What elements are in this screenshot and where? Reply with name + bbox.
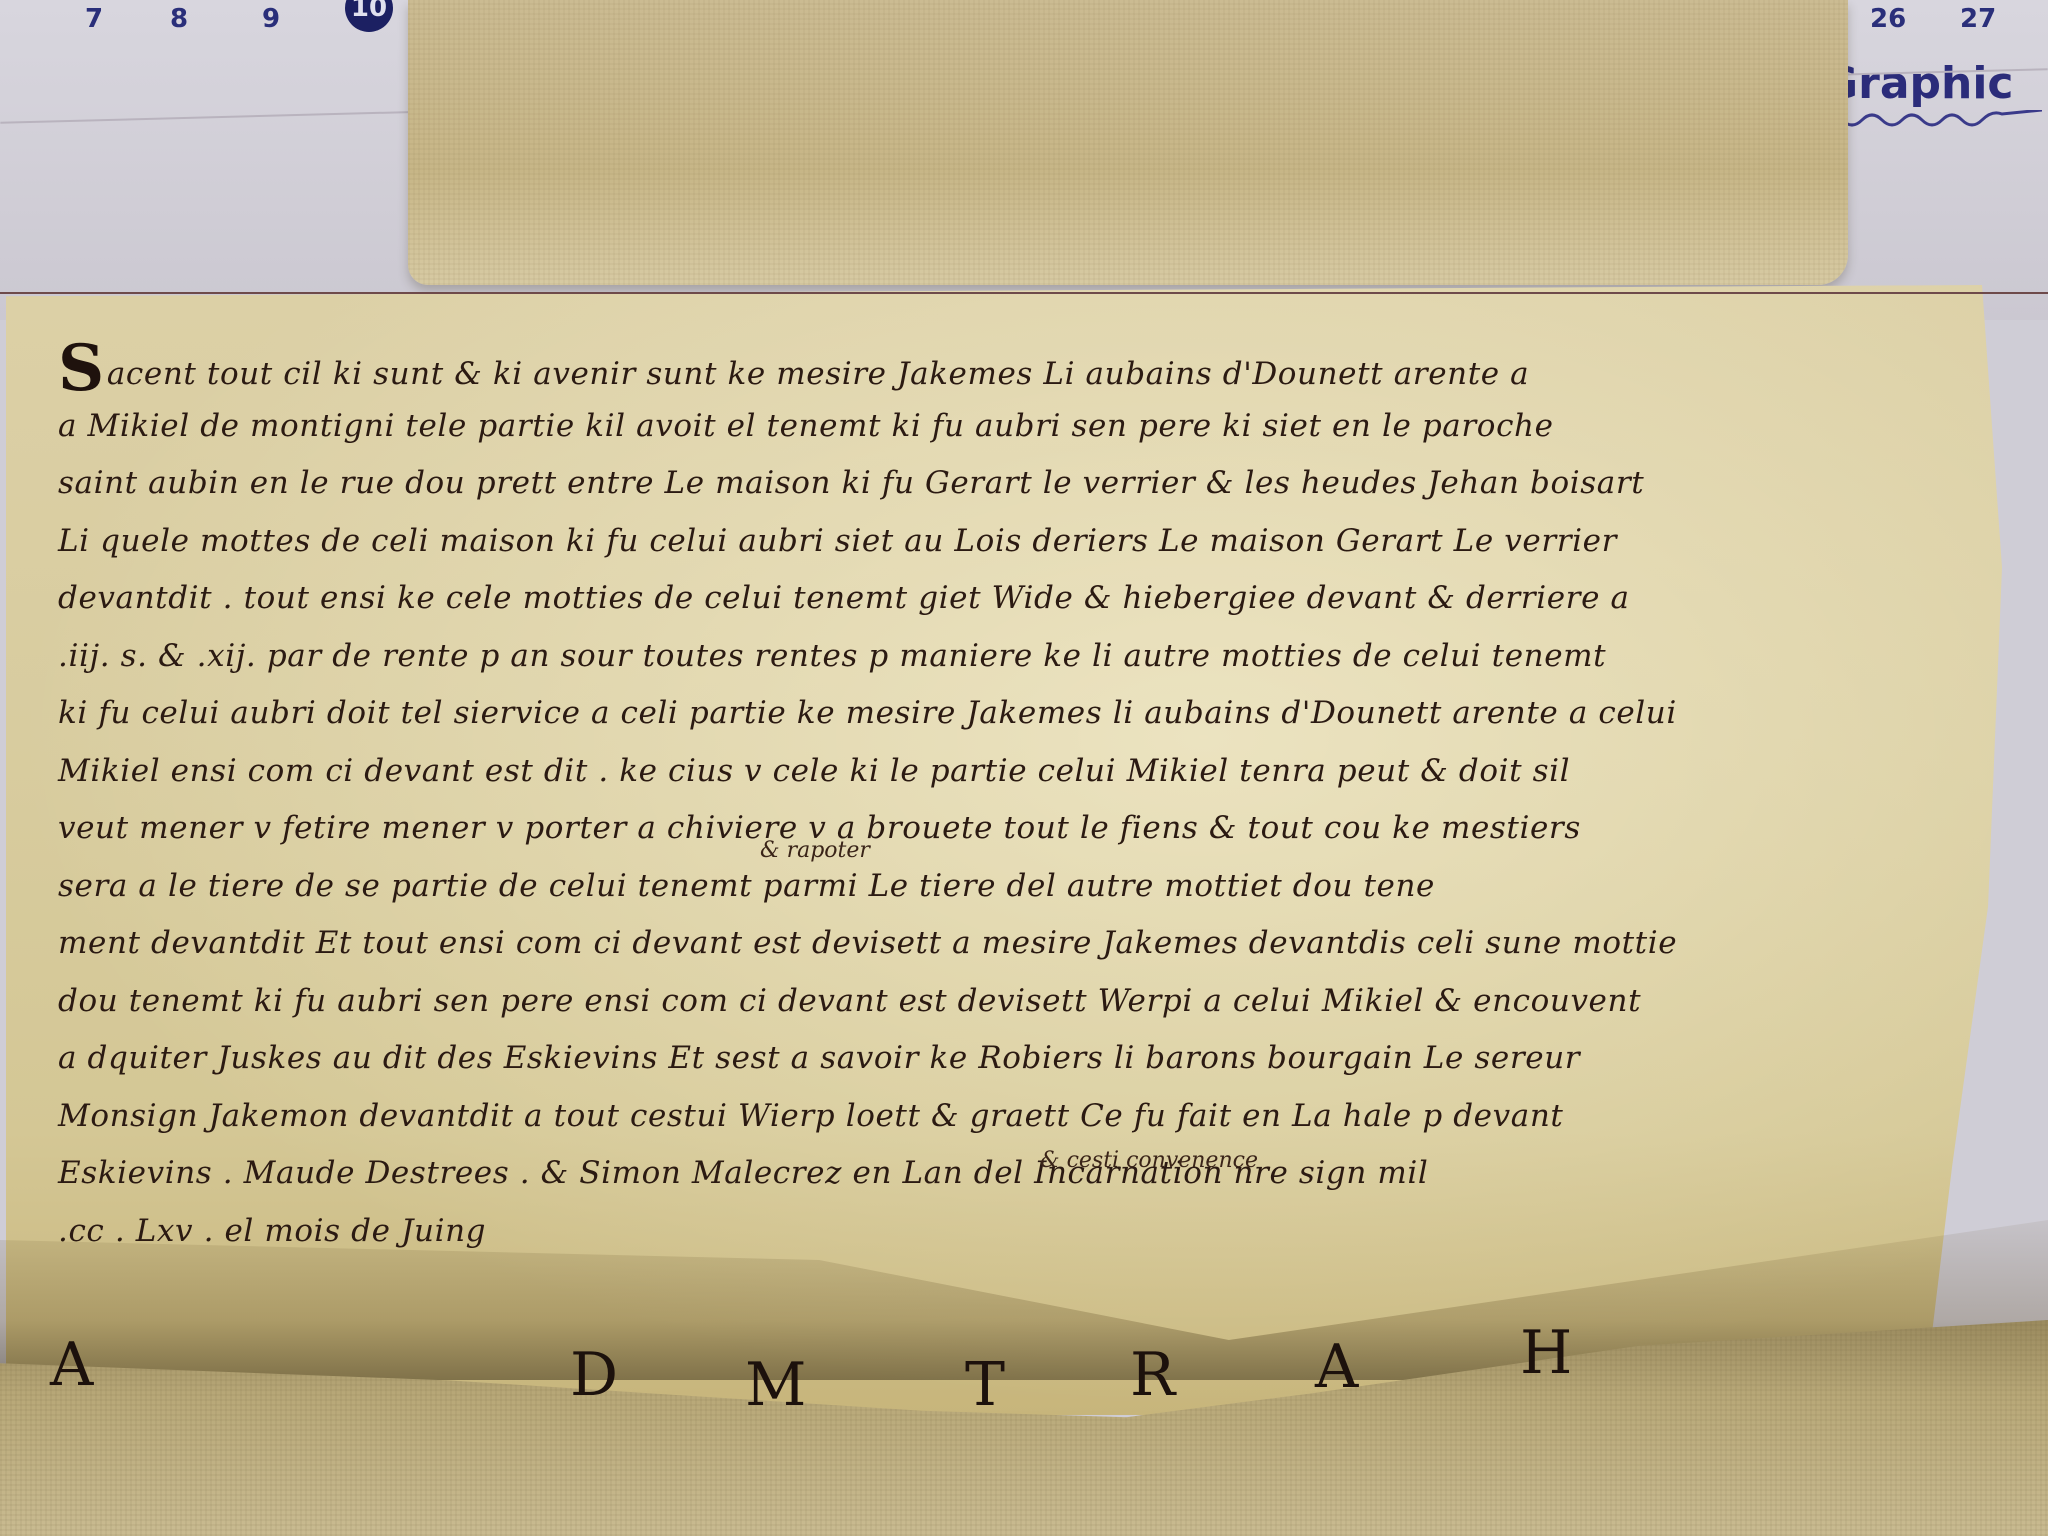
charter-text: Sacent tout cil ki sunt & ki avenir sunt… — [58, 340, 1978, 1260]
text-line-3: saint aubin en le rue dou prett entre Le… — [58, 455, 1978, 513]
ruler-number: 27 — [1960, 4, 1996, 34]
text-line-8: Mikiel ensi com ci devant est dit . ke c… — [58, 743, 1978, 801]
interlinear-insertion: & rapoter — [760, 838, 870, 863]
text-line-9: veut mener v fetire mener v porter a chi… — [58, 800, 1978, 858]
text-line-6: .iij. s. & .xij. par de rente p an sour … — [58, 628, 1978, 686]
chirograph-mark: R — [1130, 1340, 1175, 1410]
text-line-1: Sacent tout cil ki sunt & ki avenir sunt… — [58, 340, 1978, 398]
chirograph-mark: T — [965, 1350, 1005, 1420]
chirograph-mark: M — [745, 1350, 806, 1420]
text-line-14: Monsign Jakemon devantdit a tout cestui … — [58, 1088, 1978, 1146]
text-line-15: Eskievins . Maude Destrees . & Simon Mal… — [58, 1145, 1978, 1203]
ruled-line — [0, 292, 2048, 294]
text-line-10: sera a le tiere de se partie de celui te… — [58, 858, 1978, 916]
text-line-16: .cc . Lxv . el mois de Juing — [58, 1203, 1978, 1261]
ruler-number: 9 — [262, 4, 280, 34]
ruler-number: 26 — [1870, 4, 1906, 34]
decorated-initial: S — [58, 331, 105, 406]
chirograph-mark: A — [1315, 1332, 1358, 1402]
interlinear-insertion: & cesti convenence — [1040, 1148, 1258, 1173]
linen-cover-top — [408, 0, 1848, 285]
text-line-12: dou tenemt ki fu aubri sen pere ensi com… — [58, 973, 1978, 1031]
brand-label: Graphic — [1822, 58, 2014, 109]
wave-decoration-icon — [1822, 110, 2042, 130]
chirograph-mark: A — [50, 1330, 93, 1400]
text-line-11: ment devantdit Et tout ensi com ci devan… — [58, 915, 1978, 973]
chirograph-mark: D — [570, 1340, 618, 1410]
text-line-4: Li quele mottes de celi maison ki fu cel… — [58, 513, 1978, 571]
text-line-2: a Mikiel de montigni tele partie kil avo… — [58, 398, 1978, 456]
ruler-number-circled: 10 — [345, 0, 393, 32]
ruler-number: 7 — [85, 4, 103, 34]
text-line-7: ki fu celui aubri doit tel siervice a ce… — [58, 685, 1978, 743]
text-line-13: a dquiter Juskes au dit des Eskievins Et… — [58, 1030, 1978, 1088]
chirograph-mark: H — [1520, 1318, 1572, 1388]
ruler-number: 8 — [170, 4, 188, 34]
chirograph-letters: A D M T R A H — [0, 1340, 1600, 1430]
text-line-5: devantdit . tout ensi ke cele motties de… — [58, 570, 1978, 628]
